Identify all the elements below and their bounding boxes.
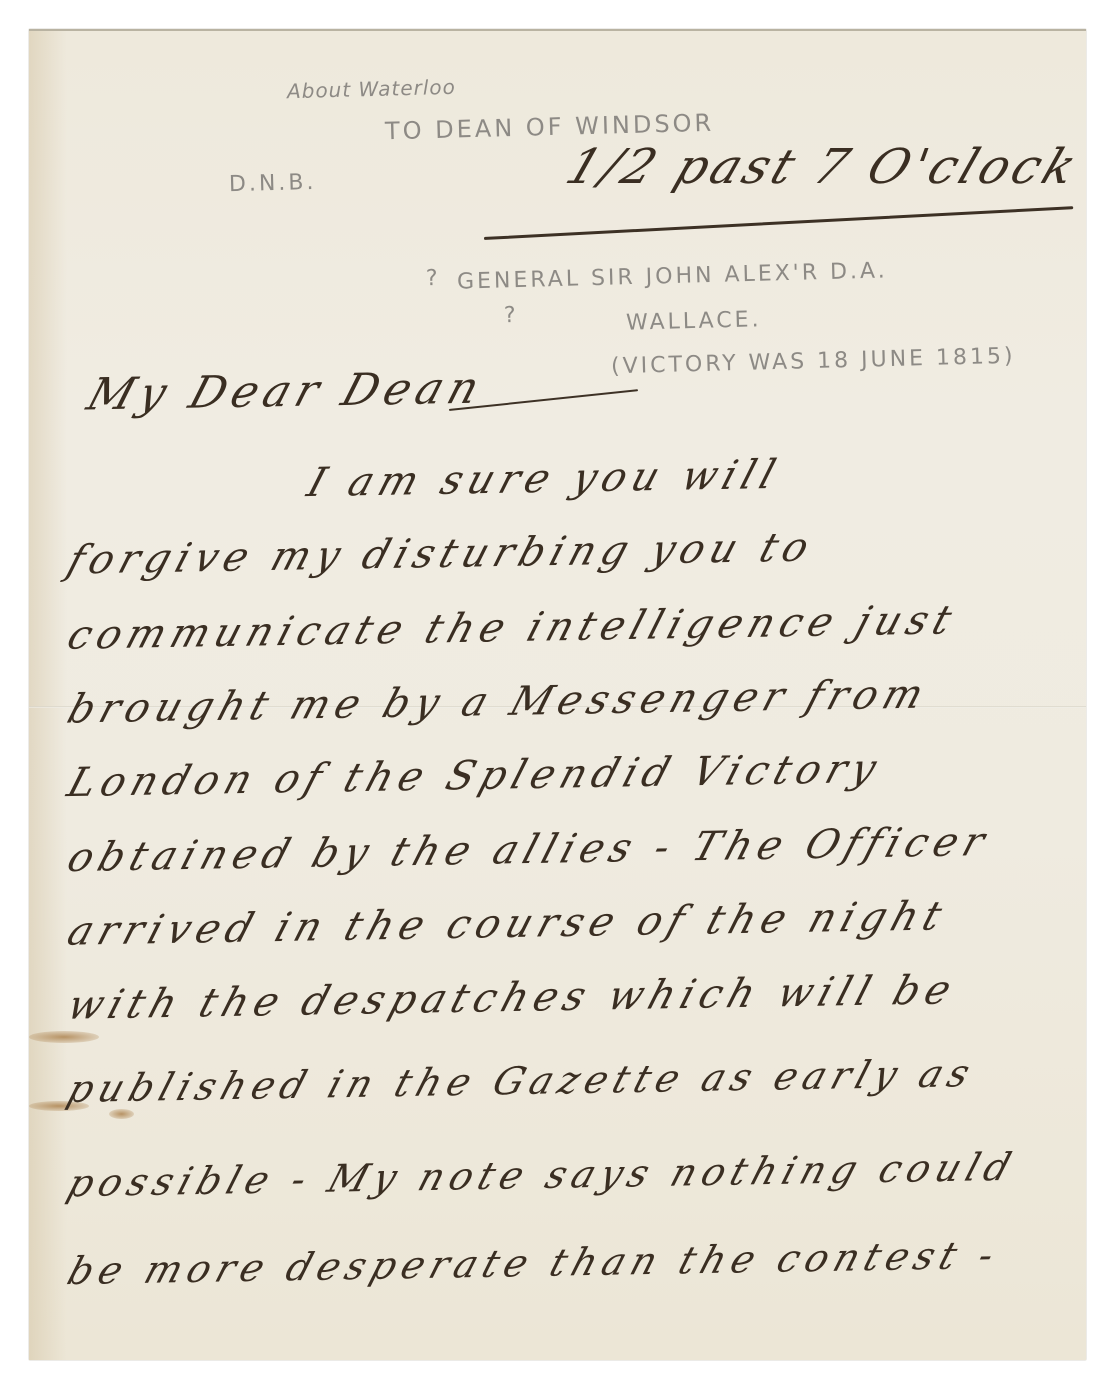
body-line: possible - My note says nothing could <box>62 1145 1022 1206</box>
body-line: be more desperate than the contest - <box>62 1233 1005 1293</box>
time-heading: 1/2 past 7 O'clock <box>559 139 1088 195</box>
annotation-victory-date: (VICTORY WAS 18 JUNE 1815) <box>611 344 1016 380</box>
body-line: arrived in the course of the night <box>62 893 953 955</box>
annotation-q2: ? <box>504 303 519 328</box>
body-line: with the despatches which will be <box>62 967 963 1029</box>
body-line: published in the Gazette as early as <box>62 1051 981 1111</box>
annotation-author-line1: GENERAL SIR JOHN ALEX'R D.A. <box>457 258 888 294</box>
salutation: My Dear Dean <box>81 362 491 420</box>
ink-stain <box>29 1031 99 1043</box>
body-line: forgive my disturbing you to <box>62 524 820 583</box>
body-line: brought me by a Messenger from <box>62 671 935 732</box>
annotation-q1: ? <box>426 266 441 291</box>
annotation-author-line2: WALLACE. <box>626 307 762 336</box>
body-line: obtained by the allies - The Officer <box>62 819 996 881</box>
body-line: London of the Splendid Victory <box>62 746 888 806</box>
ink-stain <box>109 1109 134 1119</box>
heading-underline <box>484 206 1073 240</box>
annotation-about: About Waterloo <box>287 75 456 103</box>
body-line: I am sure you will <box>302 452 787 506</box>
annotation-dnb: D.N.B. <box>229 170 317 197</box>
letter-page: About Waterloo TO DEAN OF WINDSOR D.N.B.… <box>29 29 1086 1360</box>
body-line: communicate the intelligence just <box>62 597 963 659</box>
